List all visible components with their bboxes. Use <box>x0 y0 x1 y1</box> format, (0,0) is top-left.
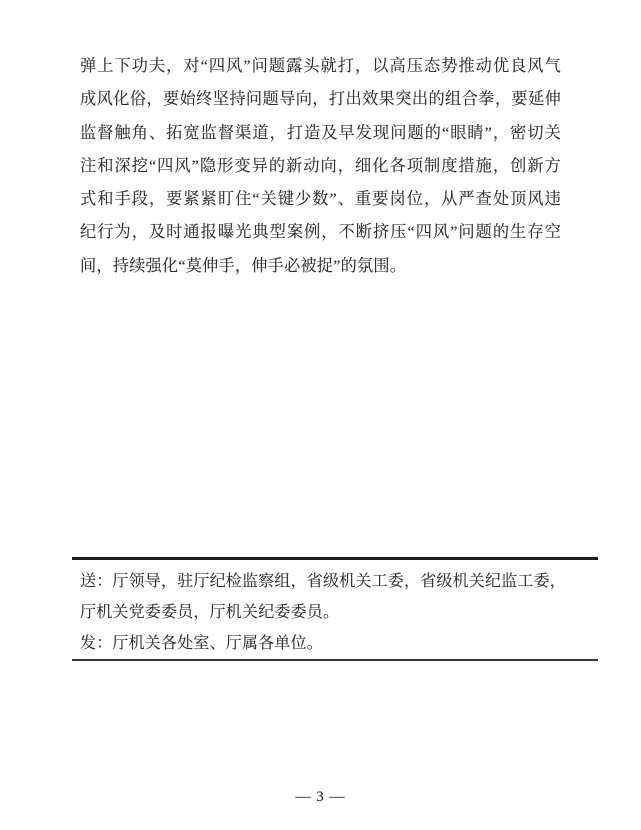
distribution-lines: 送：厅领导，驻厅纪检监察组，省级机关工委，省级机关纪监工委， 厅机关党委委员，厅… <box>72 560 598 659</box>
body-text-line: 注和深挖“四风”隐形变异的新动向，细化各项制度措施，创新方 <box>80 150 561 183</box>
body-text-line: 间，持续强化“莫伸手，伸手必被捉”的氛围。 <box>80 250 561 283</box>
distribution-issue-line: 发：厅机关各处室、厅属各单位。 <box>80 628 598 659</box>
body-text-line: 纪行为，及时通报曝光典型案例，不断挤压“四风”问题的生存空 <box>80 216 561 249</box>
body-text-line: 式和手段，要紧紧盯住“关键少数”、重要岗位，从严查处顶风违 <box>80 183 561 216</box>
distribution-send-continuation-line: 厅机关党委委员，厅机关纪委委员。 <box>80 597 598 628</box>
distribution-rule-bottom <box>72 659 598 661</box>
distribution-send-line: 送：厅领导，驻厅纪检监察组，省级机关工委，省级机关纪监工委， <box>80 566 598 597</box>
page-number: — 3 — <box>0 789 641 806</box>
body-text-line: 弹上下功夫，对“四风”问题露头就打，以高压态势推动优良风气 <box>80 50 561 83</box>
body-text-line: 监督触角、拓宽监督渠道，打造及早发现问题的“眼睛”，密切关 <box>80 117 561 150</box>
body-text-line: 成风化俗，要始终坚持问题导向，打出效果突出的组合拳，要延伸 <box>80 83 561 116</box>
document-body: 弹上下功夫，对“四风”问题露头就打，以高压态势推动优良风气 成风化俗，要始终坚持… <box>80 50 561 283</box>
distribution-block: 送：厅领导，驻厅纪检监察组，省级机关工委，省级机关纪监工委， 厅机关党委委员，厅… <box>72 557 598 661</box>
document-page: 弹上下功夫，对“四风”问题露头就打，以高压态势推动优良风气 成风化俗，要始终坚持… <box>0 0 641 830</box>
